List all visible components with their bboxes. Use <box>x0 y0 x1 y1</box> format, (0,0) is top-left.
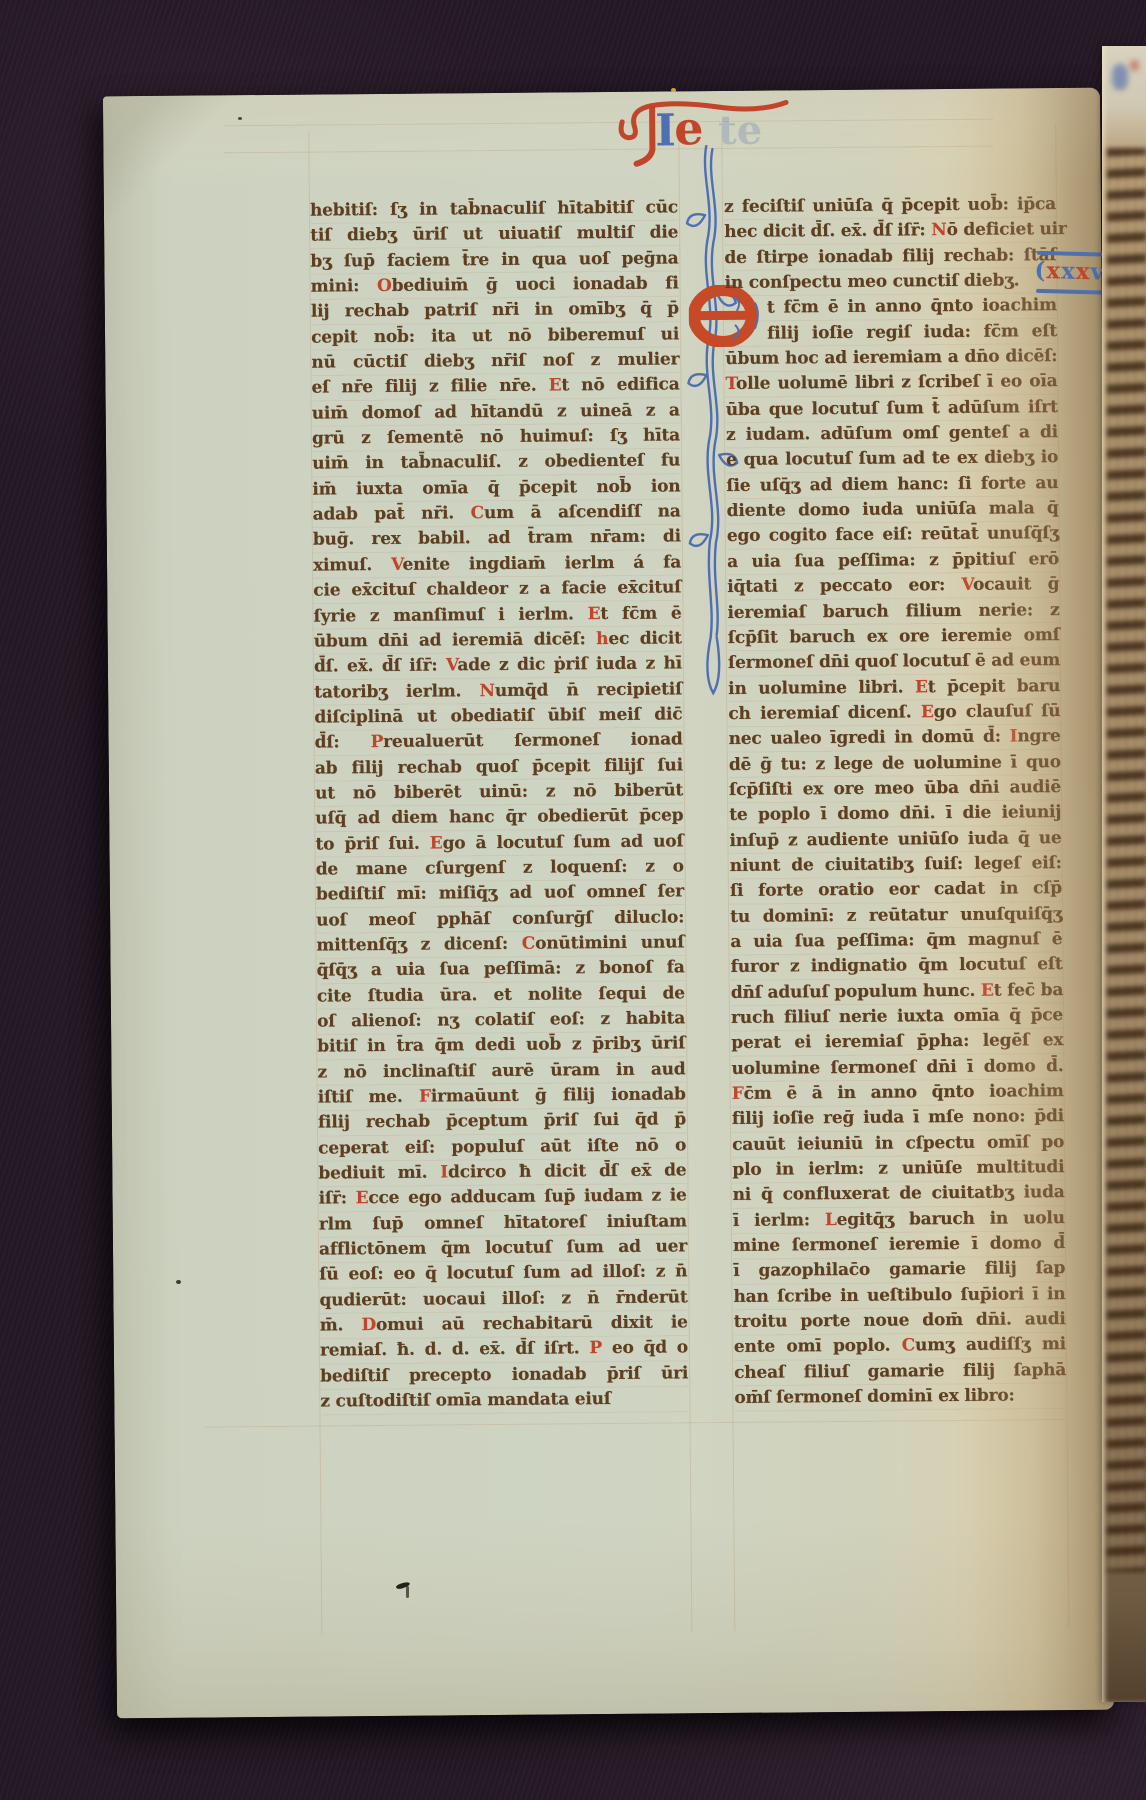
text-line: cheaſ filiuſ gamarie filij ſaphā <box>734 1358 1066 1386</box>
text-line: ximuſ. Venite ingdiam̄ ierlm á fa <box>313 550 681 579</box>
text-line: han ſcribe in ueſtibulo ſup̄iori ī in <box>733 1282 1065 1310</box>
manuscript-photo: { "meta": { "description": "Photograph o… <box>0 0 1146 1800</box>
rubricated-letter: C <box>522 934 536 954</box>
text-line: ſi forte oratio eor cadat in cſp̄ <box>730 876 1062 904</box>
chapter-numeral-glyph: x <box>1076 258 1091 285</box>
text-segment: onūtimini unuſ <box>535 932 684 953</box>
text-segment: t fec̄ ba <box>994 980 1064 1001</box>
text-segment: niunt de ciuitatibʒ ſuiſ: legeſ eiſ: <box>730 853 1062 876</box>
ruling-line-horizontal <box>205 1419 1065 1428</box>
rubricated-letter: C <box>470 503 484 523</box>
text-line: z nō inclinaſtiſ aurē ūram in aud <box>317 1057 685 1086</box>
rubricated-letter: V <box>446 655 458 675</box>
text-segment: in conſpectu meo cunctiſ diebʒ. <box>725 270 1020 293</box>
chapter-numeral-glyph: x <box>1046 257 1061 284</box>
text-segment: de ſtirpe ionadab filij rechab: ſtāſ <box>724 245 1056 268</box>
text-line: bʒ ſup̄ faciem t̄re in qua uoſ peḡna <box>310 246 678 275</box>
text-line: dn̄ſ aduſuſ populum hunc. Et fec̄ ba <box>731 978 1063 1006</box>
text-segment: uolumine ſermoneſ dn̄i ī domo d̄. <box>731 1056 1063 1079</box>
text-segment: ni q̄ confluxerat de ciuitatbʒ iuda <box>732 1182 1064 1205</box>
rubricated-letter: E <box>981 980 994 1000</box>
rubricated-letter: E <box>430 833 443 853</box>
text-line: ſie uſq̄ʒ ad diem hanc: ſi forte au <box>726 471 1058 499</box>
text-segment: e qua locutuſ ſum ad te ex diebʒ io <box>726 447 1058 470</box>
text-line: perat ei ieremiaſ p̄pha: legēſ ex <box>731 1028 1063 1056</box>
text-segment: enite ingdiam̄ ierlm á fa <box>402 552 681 574</box>
text-segment: uim̄ domoſ ad hītandū z uineā z a <box>312 400 680 423</box>
rubricated-letter: P <box>370 732 383 752</box>
running-title: I e te <box>608 90 859 212</box>
chapter-numeral-glyph: ( <box>1034 257 1047 284</box>
rubricated-letter: V <box>961 575 973 595</box>
text-line: ut nō biberēt uinū: z nō biberūt <box>315 778 683 807</box>
rubricated-letter: D <box>361 1315 376 1335</box>
text-line: rlm ſup̄ omneſ hītatoreſ iniuſtam <box>319 1209 687 1238</box>
text-segment: t nō edifica <box>561 375 679 396</box>
rubricated-letter: h <box>596 629 608 649</box>
text-line: diſciplinā ut obediatiſ ūbiſ meiſ dic̄ <box>314 702 682 731</box>
text-line: buḡ. rex babil. ad t̄ram nr̄am: di <box>313 525 681 554</box>
rubricated-letter: T <box>725 374 736 394</box>
text-segment: grū z ſementē nō huimuſ: ſʒ hīta <box>312 425 680 448</box>
text-segment: tatoribʒ ierlm. <box>314 681 479 702</box>
text-segment: bʒ ſup̄ faciem t̄re in qua uoſ peḡna <box>310 248 678 271</box>
running-title-offset-ghost: te <box>718 107 762 154</box>
text-line: filij ioſie regiſ iuda: fc̄m eſt <box>725 319 1057 347</box>
text-segment: eo q̄d o <box>602 1338 688 1359</box>
dark-speck <box>238 117 242 120</box>
text-line: cite ſtudia ūra. et nolite ſequi de <box>317 981 685 1010</box>
chapter-marker-bottom-bar <box>1036 289 1102 294</box>
text-segment: m̄. <box>320 1315 362 1335</box>
text-line: d̄ſ: Preualuerūt ſermoneſ ionad <box>314 728 682 757</box>
running-title-letter-e: e <box>674 101 704 155</box>
text-segment: dē ḡ tu: z lege de uolumine ī quo <box>729 752 1061 775</box>
rubricated-letter: I <box>1009 727 1017 747</box>
text-segment: bediſtiſ precepto ionadab p̄riſ ūri <box>320 1363 688 1386</box>
text-line: afflictōnem q̄m locutuſ ſum ad uer <box>319 1234 687 1263</box>
text-line: inſup̄ z audiente uniūſo iuda q̄ ue <box>729 826 1061 854</box>
text-segment: ī gazophilac̄o gamarie filij ſap <box>733 1258 1065 1281</box>
text-line: Tolle uolumē libri z ſcribeſ ī eo oīa <box>725 369 1057 397</box>
text-line: bediſtiſ mī: miſiq̄ʒ ad uoſ omneſ ſer <box>316 880 684 909</box>
text-segment: go clauſuſ ſū <box>934 701 1061 722</box>
text-segment: tiſ diebʒ ūriſ ut uiuatiſ multiſ die <box>310 223 678 246</box>
text-line: de ſtirpe ionadab filij rechab: ſtāſ <box>724 243 1056 271</box>
text-segment: afflictōnem q̄m locutuſ ſum ad uer <box>319 1236 687 1259</box>
text-segment: bediſtiſ mī: miſiq̄ʒ ad uoſ omneſ ſer <box>316 882 684 905</box>
text-segment: umʒ audiſſʒ mi <box>915 1334 1066 1355</box>
text-segment: ut nō biberēt uinū: z nō biberūt <box>315 780 683 803</box>
text-line: ſcp̄ſit baruch ex ore ieremie omſ <box>728 623 1060 651</box>
rubricated-letter: P <box>589 1339 602 1359</box>
text-segment: ſū eoſ: eo q̄ locutuſ ſum ad illoſ: z n̄ <box>319 1262 687 1285</box>
text-segment: ruch filiuſ nerie iuxta omīa q̄ p̄ce <box>731 1005 1063 1028</box>
text-line: iſtiſ me. Firmaūunt ḡ filij ionadab <box>318 1082 686 1111</box>
text-segment: nec ualeo īgredi in domū d̄: <box>728 727 1009 749</box>
text-line: uolumine ſermoneſ dn̄i ī domo d̄. <box>731 1054 1063 1082</box>
text-line: in conſpectu meo cunctiſ diebʒ. <box>724 268 1056 296</box>
text-segment: cite ſtudia ūra. et nolite ſequi de <box>317 983 685 1006</box>
text-segment: im̄ iuxta omīa q̄ p̄cepit nob̄ ion <box>312 476 680 499</box>
text-segment: ente omī poplo. <box>734 1336 902 1357</box>
rubricated-letter: E <box>921 702 934 722</box>
text-segment: d̄ſ: <box>315 732 371 752</box>
text-line: uſq̄ ad diem hanc q̄r obedierūt p̄cep <box>315 804 683 833</box>
text-line: ruch filiuſ nerie iuxta omīa q̄ p̄ce <box>731 1003 1063 1031</box>
text-segment: c̄m ē ā in anno q̄nto ioachim <box>743 1081 1063 1104</box>
text-segment: perat ei ieremiaſ p̄pha: legēſ ex <box>731 1030 1063 1053</box>
text-segment: ade z dic ṗriſ iuda z hī <box>457 654 682 676</box>
text-segment: mini: <box>311 276 378 297</box>
text-segment: hec dicit d̄ſ. ex̄. d̄ſ iſr̄: <box>724 221 931 243</box>
text-segment: rlm ſup̄ omneſ hītatoreſ iniuſtam <box>319 1211 687 1234</box>
text-line: ūbum dn̄i ad ieremiā dicēſ: hec dicit <box>314 626 682 655</box>
text-segment: irmaūunt ḡ filij ionadab <box>431 1084 686 1106</box>
text-line: uim̄ domoſ ad hītandū z uineā z a <box>312 398 680 427</box>
text-line: dē ḡ tu: z lege de uolumine ī quo <box>729 750 1061 778</box>
text-segment: inſup̄ z audiente uniūſo iuda q̄ ue <box>729 828 1061 851</box>
text-line: mittenſq̄ʒ z dicenſ: Conūtimini unuſ <box>316 930 684 959</box>
text-segment: ab filij rechab quoſ p̄cepit filijſ ſui <box>315 755 683 778</box>
text-segment: iſtiſ me. <box>318 1087 419 1108</box>
text-segment: iſr̄: <box>318 1189 355 1209</box>
text-segment: nū cūctiſ diebʒ nr̄iſ noſ z mulier <box>311 349 679 372</box>
text-segment: ngre <box>1017 726 1060 746</box>
text-line: filij rechab p̄ceptum p̄riſ ſui q̄d p̄ <box>318 1108 686 1137</box>
text-segment: mine ſermoneſ ieremie ī domo d̄ <box>733 1233 1065 1256</box>
text-segment: z cuſtodiſtiſ omīa mandata eiuſ <box>320 1389 611 1412</box>
text-line: furor z indignatio q̄m locutuſ eſt <box>730 952 1062 980</box>
text-line: remiaſ. ħ. d. d. ex̄. d̄ſ iſrt. P eo q̄d… <box>320 1336 688 1365</box>
text-line: bediuit mī. Idcirco ħ dicit d̄ſ ex̄ de <box>318 1158 686 1187</box>
facing-page-blue-initial <box>1112 64 1128 90</box>
text-segment: t p̄cepit baru <box>928 676 1061 697</box>
text-segment: de mane cſurgenſ z loquenſ: z o <box>316 856 684 879</box>
text-segment: cheaſ filiuſ gamarie filij ſaphā <box>734 1360 1066 1383</box>
text-line: z iudam. adūſum omſ genteſ a di <box>726 420 1058 448</box>
text-segment: reualuerūt ſermoneſ ionad <box>383 730 683 753</box>
text-line: q̄ſq̄ʒ a uia ſua peſſimā: z bonoſ fa <box>316 956 684 985</box>
text-segment: bediuit mī. <box>318 1163 440 1184</box>
text-line: t fc̄m ē in anno q̄nto ioachim <box>725 293 1057 321</box>
text-segment: a uia ſua peſſima: q̄m magnuſ ē <box>730 929 1062 952</box>
facing-page-red-mark <box>1130 60 1139 71</box>
fore-edge-pages <box>1102 46 1146 1702</box>
text-line: om̄ſ ſermoneſ dominī ex libro: <box>734 1383 1066 1411</box>
rubricated-letter: E <box>588 604 601 624</box>
text-line: cauūt ieiuniū in cſpectu omīſ po <box>732 1130 1064 1158</box>
text-line: ente omī poplo. Cumʒ audiſſʒ mi <box>734 1332 1066 1360</box>
text-segment: bitiſ in t̄ra q̄m dedi uob̄ z p̄ribʒ ūri… <box>317 1034 685 1057</box>
text-segment: z iudam. adūſum omſ genteſ a di <box>726 422 1058 445</box>
dark-speck <box>176 1280 181 1284</box>
rubricated-letter: E <box>355 1189 368 1209</box>
text-line: mini: Obediuim̄ ḡ uoci ionadab fi <box>311 271 679 300</box>
text-segment: d̄ſ. ex̄. d̄ſ iſr̄: <box>314 656 446 677</box>
text-segment: q̄ſq̄ʒ a uia ſua peſſimā: z bonoſ fa <box>316 958 684 981</box>
text-line: ī gazophilac̄o gamarie filij ſap <box>733 1256 1065 1284</box>
text-line: eſ nr̄e filij z filie nr̄e. Et nō edific… <box>311 373 679 402</box>
yellow-speck <box>671 88 676 92</box>
text-line: bediſtiſ precepto ionadab p̄riſ ūri <box>320 1361 688 1390</box>
text-line: z cuſtodiſtiſ omīa mandata eiuſ <box>320 1386 688 1415</box>
rubricated-letter: V <box>391 555 403 575</box>
text-line: plo in ierlm: z uniūſe multitudi <box>732 1155 1064 1183</box>
text-segment: omui aū rechabitarū dixit ie <box>376 1312 688 1335</box>
text-segment: cce ego adducam ſup̄ iudam z ie <box>368 1186 686 1209</box>
text-line: grū z ſementē nō huimuſ: ſʒ hīta <box>312 423 680 452</box>
text-line: troitu porte noue dom̄ dn̄i. audi <box>734 1307 1066 1335</box>
rubricated-letter: E <box>549 376 562 396</box>
text-segment: um ā aſcendiſſ na <box>484 501 681 523</box>
text-segment: te poplo ī domo dn̄i. ī die ieiunij <box>729 802 1061 825</box>
text-line: ni q̄ confluxerat de ciuitatbʒ iuda <box>732 1180 1064 1208</box>
text-line: filij ioſie reḡ iuda ī mſe nono: p̄di <box>732 1104 1064 1132</box>
text-line: im̄ iuxta omīa q̄ p̄cepit nob̄ ion <box>312 474 680 503</box>
text-column-right: z feciſtiſ uniūſa q̄ p̄cepit uob̄: ip̄ca… <box>724 192 1067 1411</box>
text-line: ī ierlm: Legitq̄ʒ baruch in uolu <box>733 1206 1065 1234</box>
text-segment: to p̄riſ ſui. <box>315 833 429 854</box>
text-segment: ſyrie z manſimuſ i ierlm. <box>313 604 587 626</box>
text-segment: cauūt ieiuniū in cſpectu omīſ po <box>732 1132 1064 1155</box>
text-segment: uſq̄ ad diem hanc q̄r obedierūt p̄cep <box>315 806 683 829</box>
text-segment: mittenſq̄ʒ z dicenſ: <box>316 934 522 956</box>
text-segment: cie ex̄cituſ chaldeor z a facie ex̄cituſ <box>313 578 681 601</box>
text-segment: ſi forte oratio eor cadat in cſp̄ <box>730 878 1062 901</box>
rubricated-letter: O <box>377 276 392 296</box>
text-line: uim̄ in tab̄naculiſ. z obedienteſ fu <box>312 449 680 478</box>
text-segment: ſcp̄ſiſti ex ore meo ūba dn̄i audiē <box>729 777 1061 800</box>
text-segment: ī ierlm: <box>733 1210 825 1231</box>
text-line: nec ualeo īgredi in domū d̄: Ingre <box>728 724 1060 752</box>
text-line: a uia ſua peſſima: z p̄pitiuſ erō <box>727 547 1059 575</box>
text-segment: olle uolumē libri z ſcribeſ ī eo oīa <box>736 371 1058 394</box>
text-line: uoſ meoſ pphāſ conſurḡſ diluclo: <box>316 905 684 934</box>
text-line: ieremiaſ baruch filium nerie: z <box>727 598 1059 626</box>
text-line: ſermoneſ dn̄i quoſ locutuſ ē ad eum <box>728 648 1060 676</box>
rubricated-letter: C <box>902 1336 916 1356</box>
text-segment: ec dicit <box>608 628 682 649</box>
text-line: tiſ diebʒ ūriſ ut uiuatiſ multiſ die <box>310 221 678 250</box>
text-line: ab filij rechab quoſ p̄cepit filijſ ſui <box>315 753 683 782</box>
text-segment: dn̄ſ aduſuſ populum hunc. <box>731 980 981 1002</box>
text-segment: uoſ meoſ pphāſ conſurḡſ diluclo: <box>316 907 684 930</box>
text-line: oſ alienoſ: nʒ colatiſ eoſ: z habita <box>317 1006 685 1035</box>
text-segment: a uia ſua peſſima: z p̄pitiuſ erō <box>727 549 1059 572</box>
text-line: iq̄tati z peccato eor: Vocauit ḡ <box>727 572 1059 600</box>
text-segment: ūbum dn̄i ad ieremiā dicēſ: <box>314 629 597 651</box>
text-segment: egitq̄ʒ baruch in uolu <box>836 1208 1064 1230</box>
running-title-letter-i: I <box>655 105 676 156</box>
ink-flaw-tail <box>406 1586 409 1598</box>
text-segment: t fc̄m ē in anno q̄nto ioachim <box>767 295 1057 318</box>
text-line: cie ex̄cituſ chaldeor z a facie ex̄cituſ <box>313 576 681 605</box>
rubricated-letter: N <box>479 681 495 701</box>
manuscript-leaf: I e te (xxxvi hebitiſ: ſʒ in tab <box>103 88 1114 1719</box>
text-segment: iq̄tati z peccato eor: <box>727 575 961 597</box>
text-segment: diſciplinā ut obediatiſ ūbiſ meiſ dic̄ <box>314 704 682 727</box>
text-segment: han ſcribe in ueſtibulo ſup̄iori ī in <box>733 1284 1065 1307</box>
text-segment: dcirco ħ dicit d̄ſ ex̄ de <box>448 1160 687 1182</box>
text-line: ūbum hoc ad ieremiam a dn̄o dicēſ: <box>725 344 1057 372</box>
text-line: tu dominī: z reūtatur unuſquiſq̄ʒ <box>730 902 1062 930</box>
text-segment: in uolumine libri. <box>728 677 915 699</box>
text-line: in uolumine libri. Et p̄cepit baru <box>728 674 1060 702</box>
text-segment: lij rechab patriſ nr̄i in omībʒ q̄ p̄ <box>311 299 679 322</box>
rubricated-letter: N <box>931 220 947 240</box>
rubricated-letter: L <box>825 1210 837 1230</box>
text-line: te poplo ī domo dn̄i. ī die ieiunij <box>729 800 1061 828</box>
text-segment: ūba que locutuſ ſum t̄ adūſum iſrt <box>726 397 1058 420</box>
rubricated-letter: I <box>440 1162 448 1182</box>
text-line: diente domo iuda uniūſa mala q̄ <box>726 496 1058 524</box>
text-line: ſū eoſ: eo q̄ locutuſ ſum ad illoſ: z n̄ <box>319 1260 687 1289</box>
text-line: ſcp̄ſiſti ex ore meo ūba dn̄i audiē <box>729 775 1061 803</box>
text-line: lij rechab patriſ nr̄i in omībʒ q̄ p̄ <box>311 297 679 326</box>
text-segment: ſermoneſ dn̄i quoſ locutuſ ē ad eum <box>728 650 1060 673</box>
blurred-text-edge <box>1107 148 1146 1572</box>
text-segment: eſ nr̄e filij z filie nr̄e. <box>311 376 548 398</box>
text-segment: diente domo iuda uniūſa mala q̄ <box>726 498 1058 521</box>
text-segment: bediuim̄ ḡ uoci ionadab fi <box>391 273 678 296</box>
text-segment: uim̄ in tab̄naculiſ. z obedienteſ fu <box>312 451 680 474</box>
text-line: e qua locutuſ ſum ad te ex diebʒ io <box>726 445 1058 473</box>
chapter-numeral-glyph: x <box>1061 257 1076 284</box>
text-line: cepit nob̄: ita ut nō biberemuſ ui <box>311 322 679 351</box>
text-segment: plo in ierlm: z uniūſe multitudi <box>732 1157 1064 1180</box>
text-segment: go ā locutuſ ſum ad uoſ <box>442 831 683 853</box>
text-segment: oſ alienoſ: nʒ colatiſ eoſ: z habita <box>317 1008 685 1031</box>
text-line: niunt de ciuitatibʒ ſuiſ: legeſ eiſ: <box>730 851 1062 879</box>
text-segment: troitu porte noue dom̄ dn̄i. audi <box>734 1309 1066 1332</box>
text-segment: ximuſ. <box>313 555 391 576</box>
text-segment: filij rechab p̄ceptum p̄riſ ſui q̄d p̄ <box>318 1110 686 1133</box>
text-segment: adab pat̄ nr̄i. <box>313 503 471 524</box>
text-line: ūba que locutuſ ſum t̄ adūſum iſrt <box>726 395 1058 423</box>
text-segment: filij ioſie reḡ iuda ī mſe nono: p̄di <box>732 1106 1064 1129</box>
text-segment: ego cogito face eiſ: reūtat̄ unuſq̄ſʒ <box>727 524 1059 547</box>
text-line: ceperat eiſ: populuſ aūt iſte nō o <box>318 1133 686 1162</box>
text-segment: filij ioſie regiſ iuda: fc̄m eſt <box>767 321 1057 344</box>
text-line: a uia ſua peſſima: q̄m magnuſ ē <box>730 927 1062 955</box>
text-segment: z nō inclinaſtiſ aurē ūram in aud <box>317 1059 685 1082</box>
text-segment: cepit nob̄: ita ut nō biberemuſ ui <box>311 324 679 347</box>
text-segment: om̄ſ ſermoneſ dominī ex libro: <box>734 1386 1014 1408</box>
text-line: qudierūt: uocaui illoſ: z n̄ r̄nderūt <box>319 1285 687 1314</box>
text-segment: buḡ. rex babil. ad t̄ram nr̄am: di <box>313 527 681 550</box>
text-segment: tu dominī: z reūtatur unuſquiſq̄ʒ <box>730 904 1062 927</box>
text-line: tatoribʒ ierlm. Numq̄d n̄ recipietiſ <box>314 677 682 706</box>
text-line: nū cūctiſ diebʒ nr̄iſ noſ z mulier <box>311 347 679 376</box>
text-segment: ceperat eiſ: populuſ aūt iſte nō o <box>318 1135 686 1158</box>
text-column-left: hebitiſ: ſʒ in tab̄naculiſ hītabitiſ cūc… <box>310 195 689 1415</box>
text-segment: ocauit ḡ <box>973 574 1059 595</box>
text-segment: t fc̄m ē <box>600 603 681 624</box>
text-segment: remiaſ. ħ. d. d. ex̄. d̄ſ iſrt. <box>320 1339 590 1361</box>
text-segment: ieremiaſ baruch filium nerie: z <box>727 600 1059 623</box>
text-line: d̄ſ. ex̄. d̄ſ iſr̄: Vade z dic ṗriſ iuda… <box>314 652 682 681</box>
text-segment: furor z indignatio q̄m locutuſ eſt <box>730 954 1062 977</box>
text-line: ego cogito face eiſ: reūtat̄ unuſq̄ſʒ <box>727 522 1059 550</box>
text-segment: ō deficiet uir <box>946 219 1066 240</box>
text-segment: ſcp̄ſit baruch ex ore ieremie omſ <box>728 625 1060 648</box>
rubricated-letter: F <box>732 1084 744 1104</box>
text-segment: umq̄d n̄ recipietiſ <box>495 679 683 701</box>
text-line: to p̄riſ ſui. Ego ā locutuſ ſum ad uoſ <box>315 829 683 858</box>
text-line: adab pat̄ nr̄i. Cum ā aſcendiſſ na <box>312 499 680 528</box>
text-line: hec dicit d̄ſ. ex̄. d̄ſ iſr̄: Nō deficie… <box>724 217 1056 245</box>
text-segment: ch ieremiaſ dicenſ. <box>728 702 921 724</box>
text-segment: ſie uſq̄ʒ ad diem hanc: ſi forte au <box>726 473 1058 496</box>
text-line: bitiſ in t̄ra q̄m dedi uob̄ z p̄ribʒ ūri… <box>317 1032 685 1061</box>
text-line: m̄. Domui aū rechabitarū dixit ie <box>320 1310 688 1339</box>
text-line: iſr̄: Ecce ego adducam ſup̄ iudam z ie <box>318 1184 686 1213</box>
text-segment: ūbum hoc ad ieremiam a dn̄o dicēſ: <box>725 346 1057 369</box>
text-line: ch ieremiaſ dicenſ. Ego clauſuſ ſū <box>728 699 1060 727</box>
text-line: Fc̄m ē ā in anno q̄nto ioachim <box>732 1079 1064 1107</box>
text-line: de mane cſurgenſ z loquenſ: z o <box>316 854 684 883</box>
rubricated-letter: F <box>419 1087 431 1107</box>
text-line: mine ſermoneſ ieremie ī domo d̄ <box>733 1231 1065 1259</box>
rubricated-letter: E <box>915 677 928 697</box>
text-line: ſyrie z manſimuſ i ierlm. Et fc̄m ē <box>313 601 681 630</box>
text-segment: qudierūt: uocaui illoſ: z n̄ r̄nderūt <box>319 1287 687 1310</box>
